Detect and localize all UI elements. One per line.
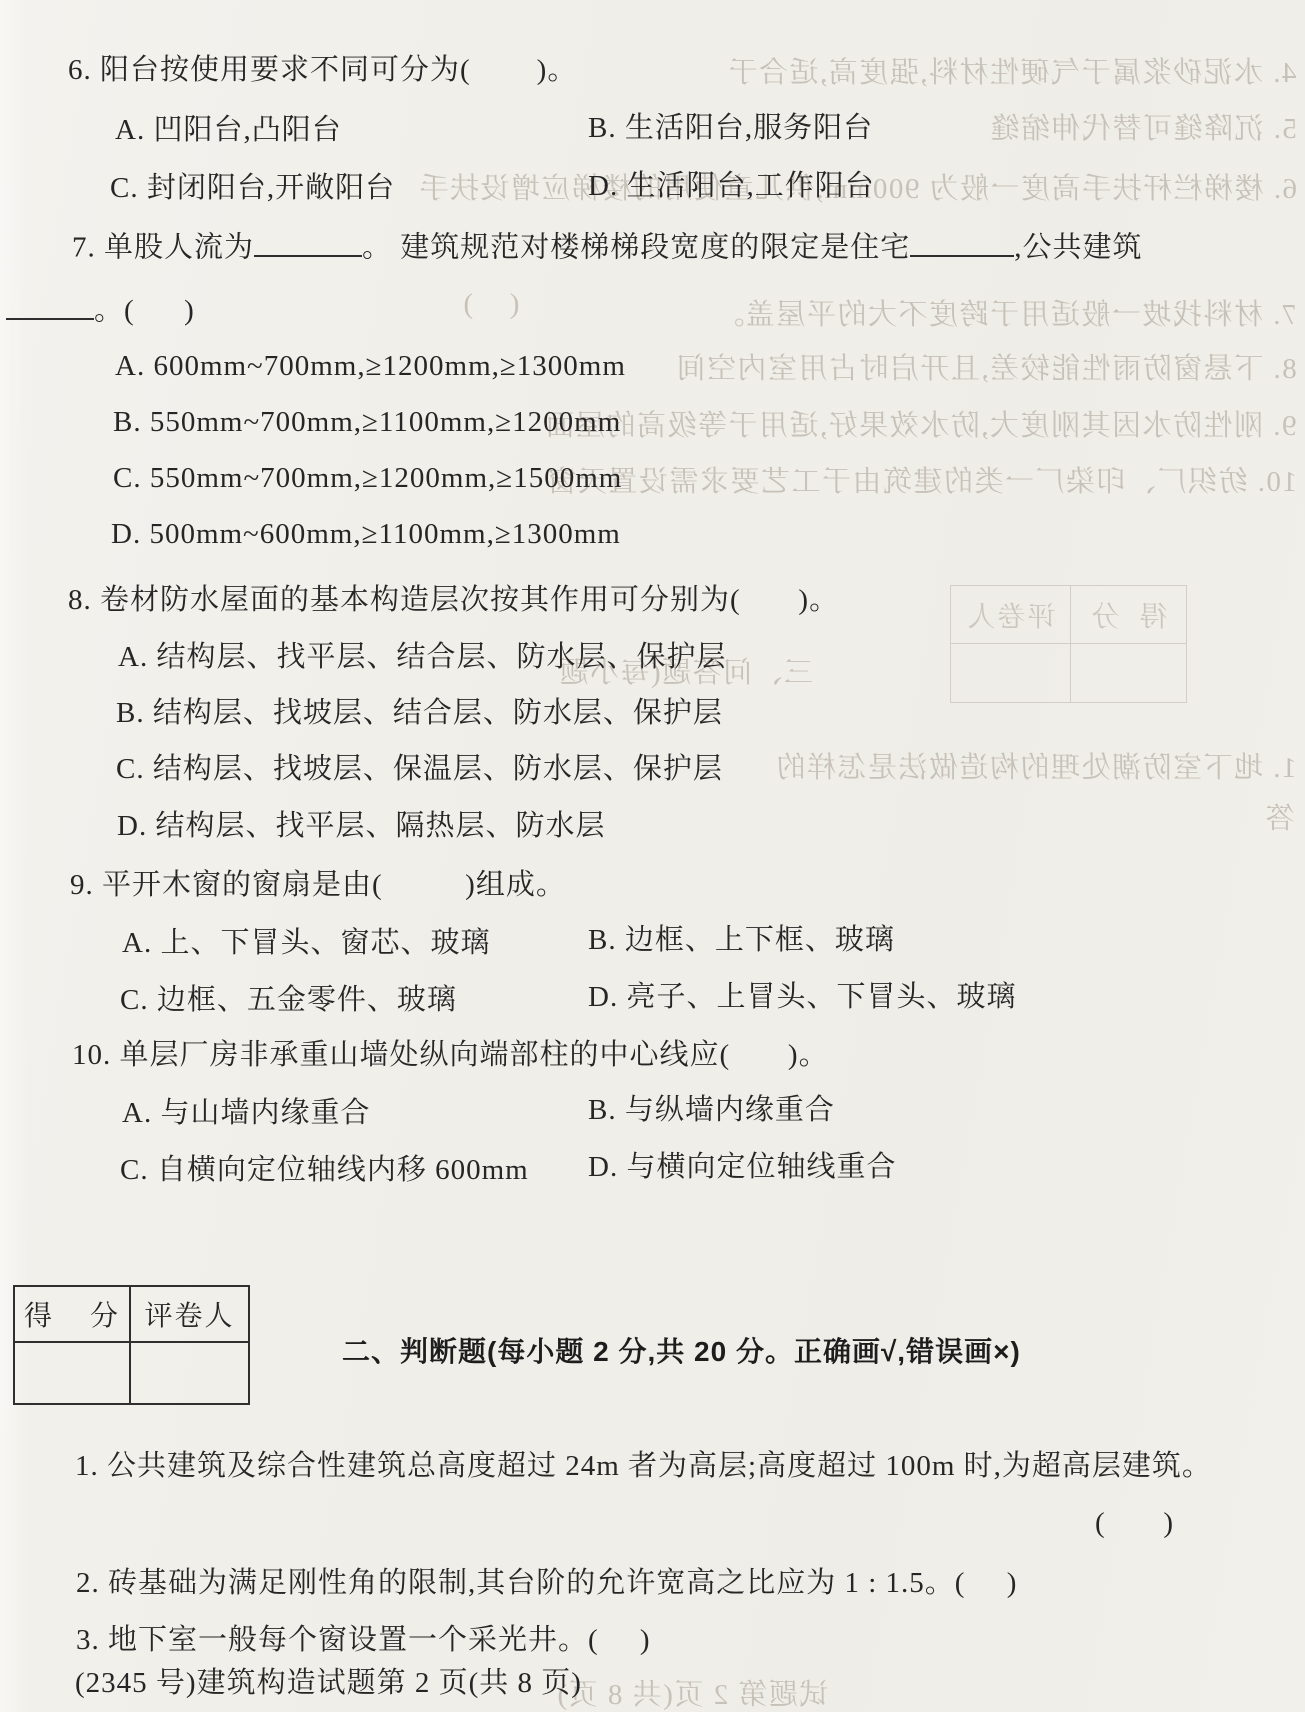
question-7-stem: 7. 单股人流为。 建筑规范对楼梯梯段宽度的限定是住宅,公共建筑 <box>72 225 1143 266</box>
question-7-stem-mid: 。 建筑规范对楼梯梯段宽度的限定是住宅 <box>362 232 910 264</box>
bleed-score-table: 得 分 评卷人 <box>950 585 1187 703</box>
question-7-option-c: C. 550mm~700mm,≥1200mm,≥1500mm <box>113 460 622 496</box>
question-9-option-a: A. 上、下冒头、窗芯、玻璃 <box>122 925 490 961</box>
question-6-option-d: D. 生活阳台,工作阳台 <box>588 168 875 204</box>
question-7-option-d: D. 500mm~600mm,≥1100mm,≥1300mm <box>111 516 621 552</box>
question-10-option-a: A. 与山墙内缘重合 <box>122 1095 370 1131</box>
bleed-paren-7: ( ) <box>462 288 519 321</box>
question-8-option-a: A. 结构层、找平层、结合层、防水层、保护层 <box>118 639 726 675</box>
bleed-line-9: 9. 刚性防水因其刚度大,防水效果好,适用于等级高的屋面 <box>544 403 1297 444</box>
question-6-option-b: B. 生活阳台,服务阳台 <box>588 110 873 146</box>
section2-question-1: 1. 公共建筑及综合性建筑总高度超过 24m 者为高层;高度超过 100m 时,… <box>75 1448 1212 1484</box>
score-table-score-label: 得 分 <box>15 1287 131 1343</box>
score-table-score-cell <box>15 1343 131 1403</box>
bleed-score-table-empty-1 <box>1070 644 1186 702</box>
bleed-score-table-score-label: 得 分 <box>1070 586 1186 644</box>
question-7-stem-post: ,公共建筑 <box>1014 232 1142 264</box>
bleed-score-table-empty-2 <box>951 644 1070 702</box>
score-table: 得 分 评卷人 <box>13 1285 250 1405</box>
bleed-footer: 试题第 2 页(共 8 页) <box>556 1672 828 1712</box>
question-6-option-a: A. 凹阳台,凸阳台 <box>115 112 342 148</box>
score-table-grader-cell <box>131 1343 248 1403</box>
question-9-stem: 9. 平开木窗的窗扇是由( )组成。 <box>70 867 566 903</box>
bleed-score-table-grader-label: 评卷人 <box>951 586 1070 644</box>
bleed-line-4: 4. 水泥砂浆属于气硬性材料,强度高,适合于 <box>727 50 1297 91</box>
bleed-line-10: 10. 纺织厂、印染厂一类的建筑由于工艺要求需设置天窗 <box>546 459 1297 500</box>
question-7-continuation-text: 。( ) <box>94 295 195 327</box>
question-10-option-c: C. 自横向定位轴线内移 600mm <box>120 1152 529 1188</box>
section2-question-1-answer-bracket: ( ) <box>1095 1505 1174 1541</box>
question-6-stem: 6. 阳台按使用要求不同可分为( )。 <box>68 52 577 88</box>
section-2-heading: 二、判断题(每小题 2 分,共 20 分。正确画√,错误画×) <box>342 1330 1021 1370</box>
question-10-option-d: D. 与横向定位轴线重合 <box>588 1149 896 1185</box>
question-8-option-d: D. 结构层、找平层、隔热层、防水层 <box>117 808 605 844</box>
question-8-stem: 8. 卷材防水屋面的基本构造层次按其作用可分别为( )。 <box>68 582 839 618</box>
question-7-blank-2 <box>910 225 1014 257</box>
question-8-option-b: B. 结构层、找坡层、结合层、防水层、保护层 <box>116 695 723 731</box>
question-7-option-a: A. 600mm~700mm,≥1200mm,≥1300mm <box>115 348 626 384</box>
question-7-blank-1 <box>254 225 362 257</box>
question-9-option-d: D. 亮子、上冒头、下冒头、玻璃 <box>588 979 1016 1015</box>
section2-question-2: 2. 砖基础为满足刚性角的限制,其台阶的允许宽高之比应为 1 : 1.5。( ) <box>76 1565 1017 1601</box>
bleed-line-7: 7. 材料找坡一般适用于跨度不大的平屋盖。 <box>714 292 1297 333</box>
question-10-stem: 10. 单层厂房非承重山墙处纵向端部柱的中心线应( )。 <box>72 1037 829 1073</box>
page-footer: (2345 号)建筑构造试题第 2 页(共 8 页) <box>75 1665 582 1701</box>
bleed-answer-char: 答 <box>1264 796 1295 837</box>
question-7-blank-3 <box>6 288 94 320</box>
question-7-stem-pre: 7. 单股人流为 <box>72 232 254 264</box>
question-10-option-b: B. 与纵墙内缘重合 <box>588 1092 835 1128</box>
score-table-grader-label: 评卷人 <box>131 1287 248 1343</box>
section2-question-3: 3. 地下室一般每个窗设置一个采光井。( ) <box>76 1622 651 1658</box>
bleed-line-5: 5. 沉降缝可替代伸缩缝 <box>989 106 1297 147</box>
question-7-option-b: B. 550mm~700mm,≥1100mm,≥1200mm <box>113 404 621 440</box>
question-9-option-c: C. 边框、五金零件、玻璃 <box>120 982 457 1018</box>
question-8-option-c: C. 结构层、找坡层、保温层、防水层、保护层 <box>116 751 723 787</box>
question-9-option-b: B. 边框、上下框、玻璃 <box>588 922 895 958</box>
question-6-option-c: C. 封闭阳台,开敞阳台 <box>110 170 395 206</box>
bleed-line-8: 8. 下悬窗防雨性能较差,且开启时占用室内空间 <box>675 346 1297 387</box>
question-7-stem-continuation: 。( ) <box>6 288 195 329</box>
bleed-section3-question-1: 1. 地下室防潮处理的构造做法是怎样的 <box>775 745 1297 786</box>
exam-paper-page: 4. 水泥砂浆属于气硬性材料,强度高,适合于 5. 沉降缝可替代伸缩缝 6. 楼… <box>0 0 1305 1712</box>
